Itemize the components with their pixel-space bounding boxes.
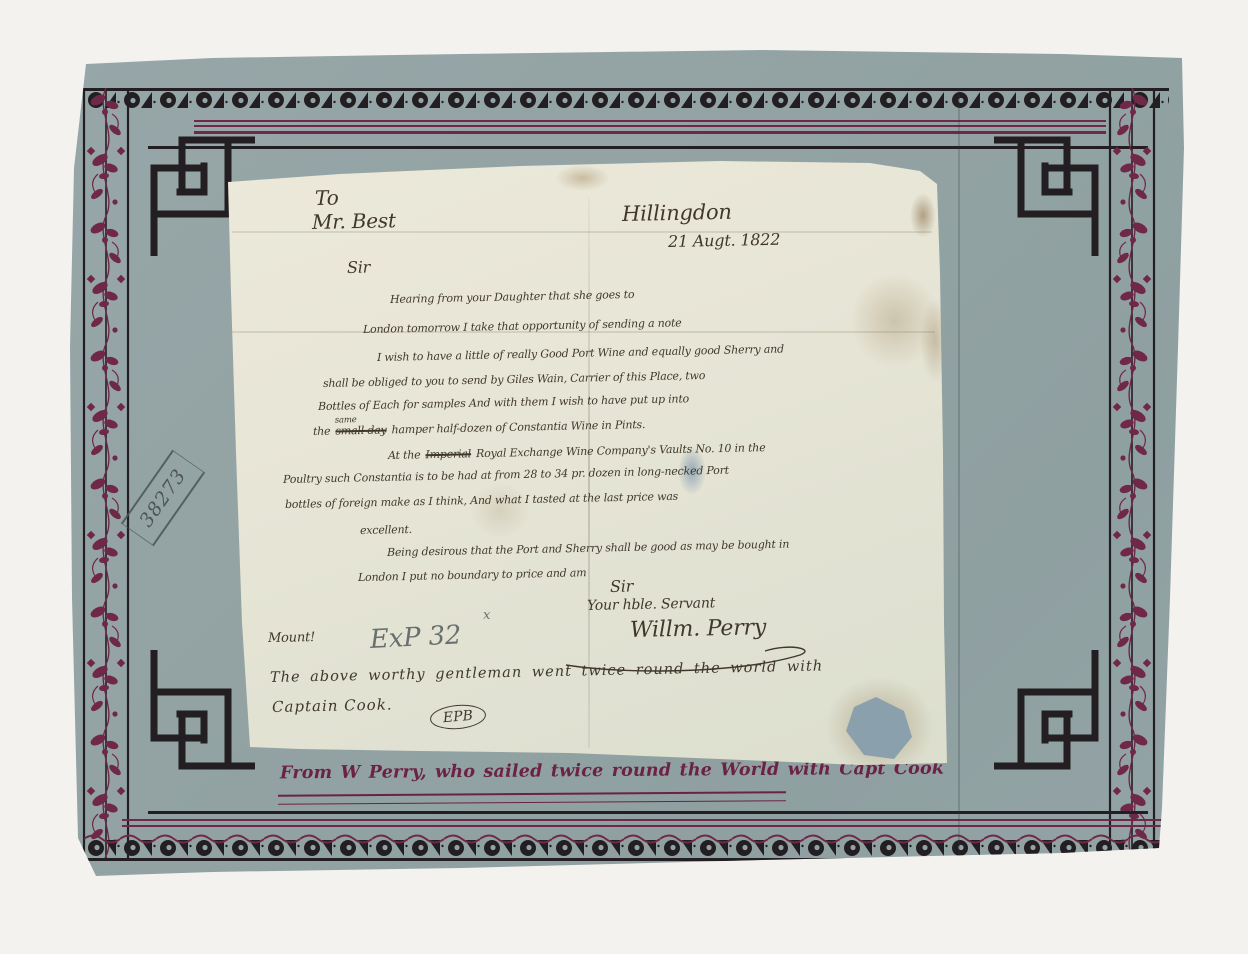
signature: Willm. Perry <box>630 615 767 643</box>
greek-fret-corner-top-right <box>994 126 1109 256</box>
letter-line: excellent. <box>360 523 412 537</box>
letter-recipient: Mr. Best <box>312 208 396 234</box>
struck-word: Imperial <box>425 447 471 461</box>
letter-line: Hearing from your Daughter that she goes… <box>390 288 635 306</box>
maroon-rule-top-2 <box>194 125 1106 127</box>
greek-fret-corner-bottom-left <box>140 650 255 780</box>
maroon-rule-bottom-2 <box>122 825 1167 827</box>
photo-backdrop: 38273 From W Perry, who sailed twice rou… <box>0 0 1248 954</box>
black-rule-bottom <box>148 811 1148 814</box>
letter-text: Royal Exchange Wine Company's Vaults No.… <box>476 441 766 460</box>
scroll-frieze-top-border <box>84 88 1169 112</box>
pencil-x-mark: x <box>483 608 490 623</box>
closing-sir: Sir <box>610 577 634 596</box>
letter-place: Hillingdon <box>622 200 732 226</box>
maroon-rule-top-1 <box>194 120 1106 122</box>
scroll-frieze-bottom-border <box>84 831 1169 861</box>
letter-date: 21 Augt. 1822 <box>668 230 781 251</box>
pencil-exp-number: ExP 32 <box>369 620 462 655</box>
letter-line-with-correction: thesmall dayhamper half-dozen of Constan… <box>313 418 646 438</box>
letter-text: the <box>313 425 331 438</box>
letter-line: London tomorrow I take that opportunity … <box>363 316 682 336</box>
floral-vine-border-left <box>82 88 130 860</box>
stain <box>470 483 530 538</box>
letter-text: hamper half-dozen of Constantia Wine in … <box>391 418 645 436</box>
letter-line: shall be obliged to you to send by Giles… <box>323 369 705 390</box>
letter-line: London I put no boundary to price and am <box>358 566 587 584</box>
stain <box>555 165 610 191</box>
closing-servant: Your hble. Servant <box>587 595 715 614</box>
letter-to-label: To <box>315 186 339 210</box>
mount-note: Mount! <box>268 630 315 646</box>
letter-line: I wish to have a little of really Good P… <box>377 342 784 364</box>
maroon-rule-top-3 <box>194 131 1106 134</box>
letter-line: Bottles of Each for samples And with the… <box>318 392 689 413</box>
letter-text: At the <box>388 448 421 462</box>
letter-line-with-correction: At theImperialRoyal Exchange Wine Compan… <box>388 441 766 462</box>
letter-salutation: Sir <box>347 258 371 277</box>
letter-paper: To Mr. Best Hillingdon 21 Augt. 1822 Sir… <box>220 153 960 773</box>
maroon-rule-bottom-1 <box>122 819 1167 821</box>
cook-note-line2: Captain Cook. <box>272 695 393 716</box>
floral-vine-border-right <box>1108 88 1156 860</box>
struck-words: small day <box>335 423 386 437</box>
cook-note-line1: The above worthy gentleman went twice ro… <box>270 658 823 686</box>
inserted-word: same <box>335 415 357 425</box>
greek-fret-corner-bottom-right <box>994 650 1109 780</box>
circled-monogram: EPB <box>429 703 487 732</box>
page-crease <box>958 88 960 863</box>
